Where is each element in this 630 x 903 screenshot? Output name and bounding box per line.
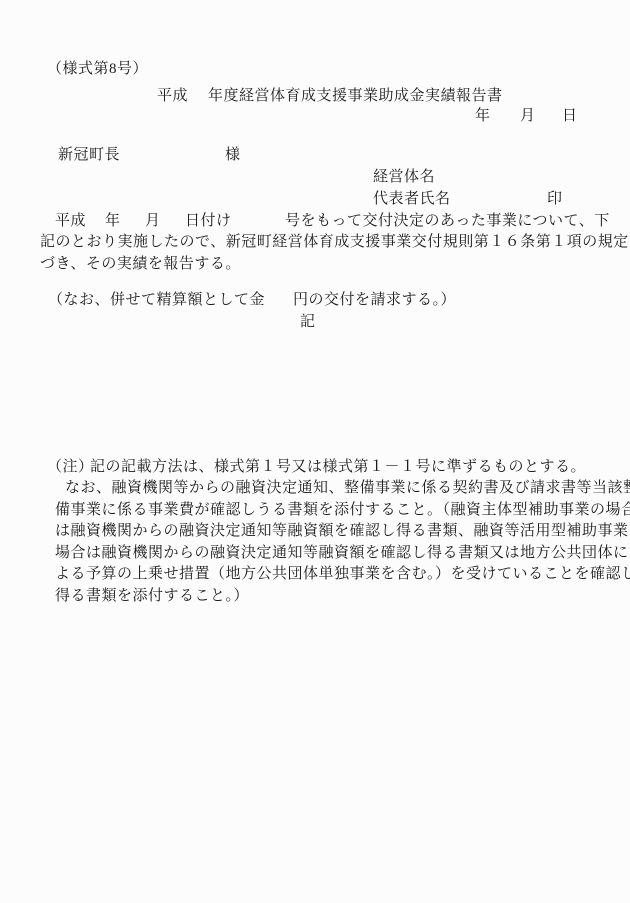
body-era-label: 平成 <box>55 211 86 232</box>
request-suffix: 円の交付を請求する。） <box>293 290 456 311</box>
representative-label: 代表者氏名 <box>373 189 451 210</box>
addressee-line: 新冠町長 様 <box>0 145 630 166</box>
entity-name-label: 経営体名 <box>373 167 435 188</box>
note-line-1: （注） 記の記載方法は、様式第１号又は様式第１－１号に準ずるものとする。 <box>0 457 630 478</box>
report-title-line: 平成 年度経営体育成支援事業助成金実績報告書 <box>0 86 630 107</box>
representative-line: 代表者氏名 印 <box>0 189 630 210</box>
addressee-name: 新冠町長 <box>58 145 120 166</box>
body-paragraph-line2: 記のとおり実施したので、新冠町経営体育成支援事業交付規則第１６条第１項の規定に基 <box>40 232 630 253</box>
seal-mark: 印 <box>547 189 563 210</box>
note-line-4: は融資機関からの融資決定通知等融資額を確認し得る書類、融資等活用型補助事業の <box>55 521 630 542</box>
note-line-7: 得る書類を添付すること。） <box>55 586 249 607</box>
date-month-label: 月 <box>520 106 536 127</box>
body-month-label: 月 <box>145 211 161 232</box>
report-title: 年度経営体育成支援事業助成金実績報告書 <box>208 86 503 107</box>
request-line: （なお、併せて精算額として金 円の交付を請求する。） <box>0 290 630 311</box>
body-year-label: 年 <box>105 211 121 232</box>
form-number: （様式第8号） <box>47 59 148 80</box>
body-line1-text: 号をもって交付決定のあった事業について、下 <box>285 211 610 232</box>
note-line-3: 備事業に係る事業費が確認しうる書類を添付すること。（融資主体型補助事業の場合 <box>55 500 630 521</box>
date-line: 年 月 日 <box>0 106 630 127</box>
date-day-label: 日 <box>562 106 578 127</box>
note-line-1-text: 記の記載方法は、様式第１号又は様式第１－１号に準ずるものとする。 <box>90 457 586 478</box>
note-line-6: よる予算の上乗せ措置（地方公共団体単独事業を含む。）を受けていることを確認し <box>55 564 630 585</box>
note-line-5: 場合は融資機関からの融資決定通知等融資額を確認し得る書類又は地方公共団体に <box>55 543 629 564</box>
note-label: （注） <box>47 457 94 478</box>
body-paragraph-line1: 平成 年 月 日付け 号をもって交付決定のあった事業について、下 <box>0 211 630 232</box>
date-year-label: 年 <box>475 106 491 127</box>
report-form-page: （様式第8号） 平成 年度経営体育成支援事業助成金実績報告書 年 月 日 新冠町… <box>0 0 630 903</box>
note-line-2: なお、融資機関等からの融資決定通知、整備事業に係る契約書及び請求書等当該整 <box>65 478 630 499</box>
title-era-label: 平成 <box>157 86 188 107</box>
addressee-honorific: 様 <box>225 145 241 166</box>
record-marker: 記 <box>300 312 316 333</box>
body-paragraph-line3: づき、その実績を報告する。 <box>40 254 241 275</box>
request-prefix: （なお、併せて精算額として金 <box>48 290 265 311</box>
body-day-suffix: 日付け <box>185 211 232 232</box>
